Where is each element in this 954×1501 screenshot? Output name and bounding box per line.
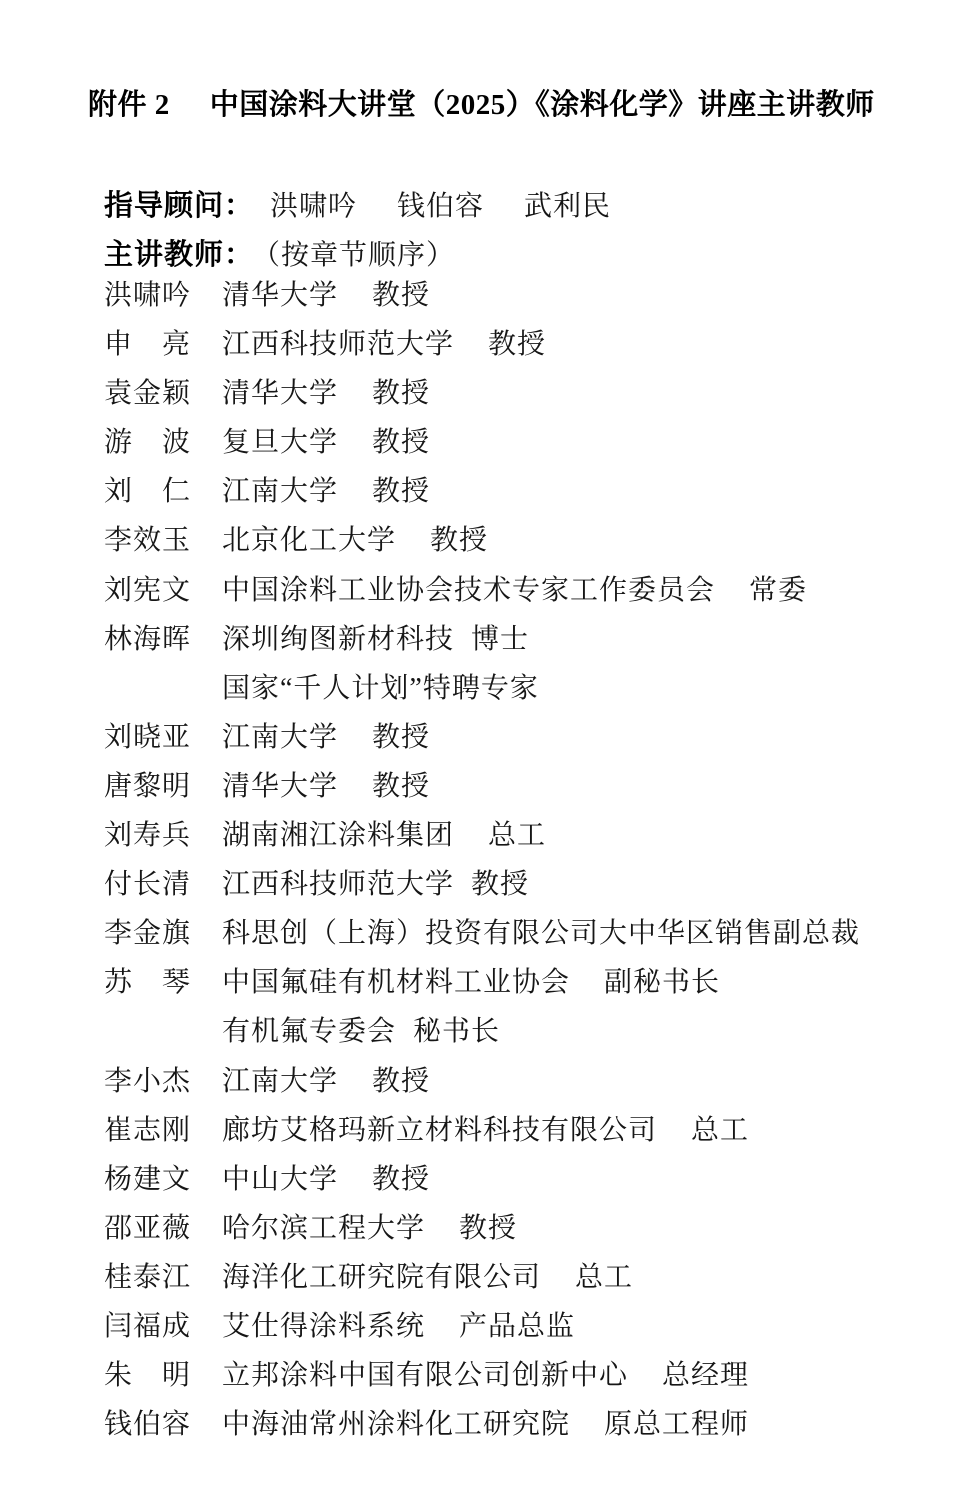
lecturers-label: 主讲教师： [104, 239, 254, 271]
document-page: 附件 2中国涂料大讲堂（2025）《涂料化学》讲座主讲教师 指导顾问：洪啸吟钱伯… [0, 0, 954, 1501]
lecturer-role: 总工 [488, 820, 546, 851]
lecturer-role: 教授 [372, 427, 430, 458]
lecturer-organization: 中海油常州涂料化工研究院 [222, 1409, 570, 1440]
lecturer-row: 林海晖深圳绚图新材科技博士 [104, 615, 860, 664]
lecturer-name: 袁金颖 [104, 369, 222, 418]
lecturer-name: 唐黎明 [104, 762, 222, 811]
lecturer-role: 总工 [691, 1115, 749, 1146]
lecturer-organization: 清华大学 [222, 771, 338, 802]
lecturer-organization: 江南大学 [222, 476, 338, 507]
lecturer-row: 申 亮江西科技师范大学教授 [104, 320, 860, 369]
lecturer-role: 教授 [430, 525, 488, 556]
lecturer-row: 刘寿兵湖南湘江涂料集团总工 [104, 811, 860, 860]
lecturer-name: 申 亮 [104, 320, 222, 369]
advisors-names: 洪啸吟钱伯容武利民 [270, 191, 611, 222]
lecturers-header-line: 主讲教师：（按章节顺序） [104, 232, 455, 273]
lecturer-role: 教授 [372, 722, 430, 753]
lecturer-organization: 有机氟专委会 [222, 1016, 396, 1047]
lecturer-role: 秘书长 [413, 1016, 500, 1047]
lecturer-row: 崔志刚廊坊艾格玛新立材料科技有限公司总工 [104, 1106, 860, 1155]
lecturer-role: 总经理 [662, 1360, 749, 1391]
lecturer-role: 原总工程师 [604, 1409, 749, 1440]
lecturer-organization: 哈尔滨工程大学 [222, 1213, 425, 1244]
lecturer-row: 杨建文中山大学教授 [104, 1155, 860, 1204]
lecturer-row: 朱 明立邦涂料中国有限公司创新中心总经理 [104, 1351, 860, 1400]
lecturer-name: 李小杰 [104, 1057, 222, 1106]
advisor-name: 武利民 [524, 191, 611, 222]
lecturer-organization: 江西科技师范大学 [222, 869, 454, 900]
advisors-line: 指导顾问：洪啸吟钱伯容武利民 [104, 183, 611, 224]
lecturer-list: 洪啸吟清华大学教授申 亮江西科技师范大学教授袁金颖清华大学教授游 波复旦大学教授… [104, 271, 860, 1449]
lecturer-name: 朱 明 [104, 1351, 222, 1400]
advisor-name: 洪啸吟 [270, 191, 357, 222]
lecturer-role: 总工 [575, 1262, 633, 1293]
lecturer-role: 教授 [372, 280, 430, 311]
lecturer-role: 教授 [372, 1164, 430, 1195]
lecturer-continuation-row: 国家“千人计划”特聘专家 [104, 664, 860, 713]
lecturer-name: 付长清 [104, 860, 222, 909]
lecturer-role: 教授 [488, 329, 546, 360]
lecturer-role: 教授 [372, 378, 430, 409]
lecturer-row: 付长清江西科技师范大学教授 [104, 860, 860, 909]
lecturers-order-note: （按章节顺序） [266, 240, 455, 271]
lecturer-row: 唐黎明清华大学教授 [104, 762, 860, 811]
title-main: 中国涂料大讲堂（2025）《涂料化学》讲座主讲教师 [210, 89, 875, 121]
lecturer-row: 苏 琴中国氟硅有机材料工业协会副秘书长 [104, 958, 860, 1007]
lecturer-organization: 复旦大学 [222, 427, 338, 458]
lecturer-organization: 廊坊艾格玛新立材料科技有限公司 [222, 1115, 657, 1146]
lecturer-organization: 江南大学 [222, 1066, 338, 1097]
lecturer-organization: 清华大学 [222, 378, 338, 409]
lecturer-name: 钱伯容 [104, 1400, 222, 1449]
lecturer-role: 教授 [372, 1066, 430, 1097]
document-title: 附件 2中国涂料大讲堂（2025）《涂料化学》讲座主讲教师 [88, 82, 875, 123]
lecturer-role: 教授 [372, 771, 430, 802]
lecturer-role: 教授 [459, 1213, 517, 1244]
lecturer-row: 刘晓亚江南大学教授 [104, 713, 860, 762]
lecturer-row: 李效玉北京化工大学教授 [104, 516, 860, 565]
lecturer-name: 洪啸吟 [104, 271, 222, 320]
lecturer-organization: 中国涂料工业协会技术专家工作委员会 [222, 575, 715, 606]
lecturer-row: 钱伯容中海油常州涂料化工研究院原总工程师 [104, 1400, 860, 1449]
lecturer-name: 桂泰江 [104, 1253, 222, 1302]
lecturer-row: 洪啸吟清华大学教授 [104, 271, 860, 320]
lecturer-role: 教授 [372, 476, 430, 507]
lecturer-organization: 江南大学 [222, 722, 338, 753]
lecturer-name: 刘宪文 [104, 566, 222, 615]
lecturer-row: 刘 仁江南大学教授 [104, 467, 860, 516]
lecturer-row: 李金旗科思创（上海）投资有限公司大中华区销售副总裁 [104, 909, 860, 958]
lecturer-name: 邵亚薇 [104, 1204, 222, 1253]
lecturer-organization: 中山大学 [222, 1164, 338, 1195]
advisor-name: 钱伯容 [397, 191, 484, 222]
lecturer-organization: 立邦涂料中国有限公司创新中心 [222, 1360, 628, 1391]
title-attachment-number: 附件 2 [88, 89, 170, 121]
lecturer-role: 教授 [471, 869, 529, 900]
lecturer-organization: 科思创（上海）投资有限公司大中华区销售副总裁 [222, 918, 860, 949]
lecturer-row: 游 波复旦大学教授 [104, 418, 860, 467]
lecturer-row: 闫福成艾仕得涂料系统产品总监 [104, 1302, 860, 1351]
lecturer-organization: 海洋化工研究院有限公司 [222, 1262, 541, 1293]
lecturer-organization: 深圳绚图新材科技 [222, 624, 454, 655]
lecturer-organization: 中国氟硅有机材料工业协会 [222, 967, 570, 998]
advisors-label: 指导顾问： [104, 190, 254, 222]
lecturer-organization: 湖南湘江涂料集团 [222, 820, 454, 851]
lecturer-organization: 清华大学 [222, 280, 338, 311]
lecturer-role: 博士 [471, 624, 529, 655]
lecturer-row: 邵亚薇哈尔滨工程大学教授 [104, 1204, 860, 1253]
lecturer-organization: 江西科技师范大学 [222, 329, 454, 360]
lecturer-name: 游 波 [104, 418, 222, 467]
lecturer-name: 李金旗 [104, 909, 222, 958]
lecturer-name: 刘寿兵 [104, 811, 222, 860]
lecturer-row: 桂泰江海洋化工研究院有限公司总工 [104, 1253, 860, 1302]
lecturer-name: 闫福成 [104, 1302, 222, 1351]
lecturer-name: 刘晓亚 [104, 713, 222, 762]
lecturer-row: 刘宪文中国涂料工业协会技术专家工作委员会常委 [104, 566, 860, 615]
lecturer-name: 林海晖 [104, 615, 222, 664]
lecturer-role: 副秘书长 [604, 967, 720, 998]
lecturer-role: 产品总监 [459, 1311, 575, 1342]
lecturer-name: 杨建文 [104, 1155, 222, 1204]
lecturer-organization: 国家“千人计划”特聘专家 [222, 673, 539, 704]
lecturer-name: 李效玉 [104, 516, 222, 565]
lecturer-continuation-row: 有机氟专委会秘书长 [104, 1007, 860, 1056]
lecturer-name: 崔志刚 [104, 1106, 222, 1155]
lecturer-name: 苏 琴 [104, 958, 222, 1007]
lecturer-row: 李小杰江南大学教授 [104, 1057, 860, 1106]
lecturer-role: 常委 [749, 575, 807, 606]
lecturer-name: 刘 仁 [104, 467, 222, 516]
lecturer-organization: 北京化工大学 [222, 525, 396, 556]
lecturer-row: 袁金颖清华大学教授 [104, 369, 860, 418]
lecturer-organization: 艾仕得涂料系统 [222, 1311, 425, 1342]
